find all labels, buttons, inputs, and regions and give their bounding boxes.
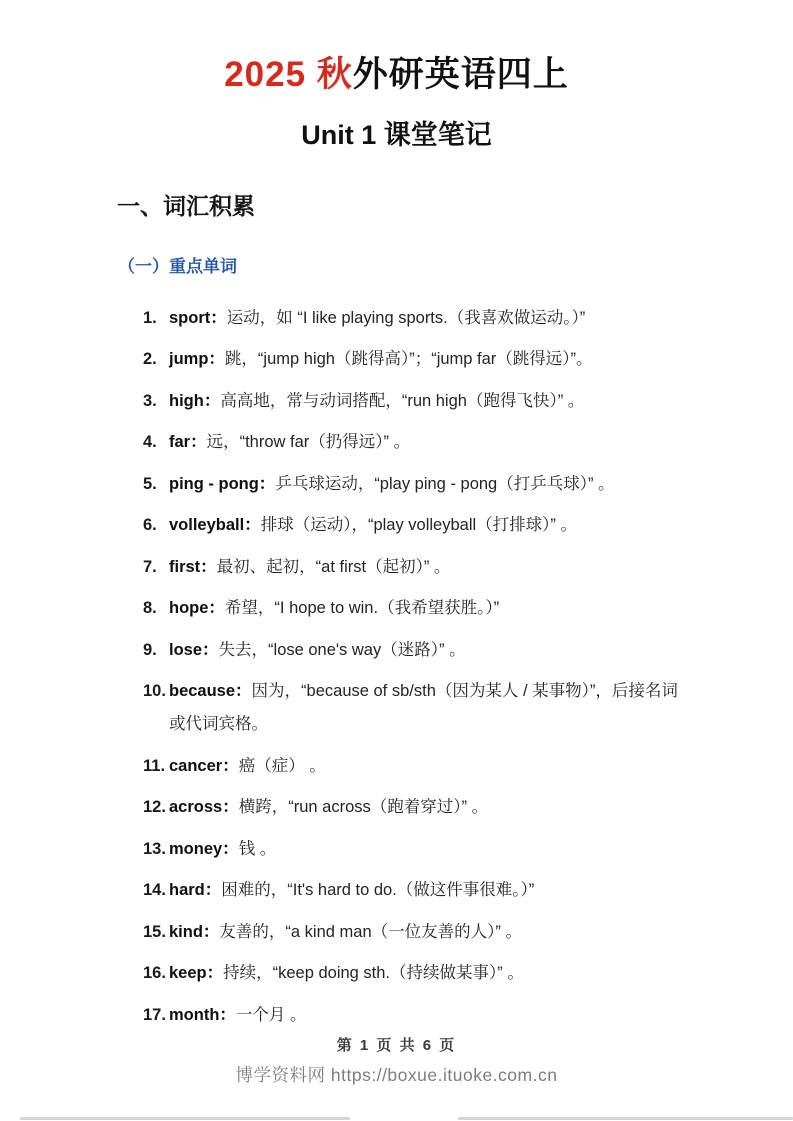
vocab-item-text: kind：友善的，“a kind man（一位友善的人）” 。 xyxy=(169,916,686,949)
next-page-edge-right xyxy=(458,1117,793,1120)
vocab-list-item: 7. first：最初、起初，“at first（起初）” 。 xyxy=(143,551,686,584)
vocab-item-number: 12. xyxy=(143,791,169,824)
subsection-heading-key-words: （一）重点单词 xyxy=(118,252,793,277)
vocab-item-text: cancer：癌（症） 。 xyxy=(169,750,686,783)
document-subtitle: Unit 1 课堂笔记 xyxy=(0,119,793,151)
vocab-list-item: 13. money：钱 。 xyxy=(143,833,686,866)
vocab-item-definition: 高高地，常与动词搭配，“run high（跑得飞快）” 。 xyxy=(220,392,584,410)
vocab-item-text: ping - pong：乒乓球运动，“play ping - pong（打乒乓球… xyxy=(169,468,686,501)
vocab-item-text: money：钱 。 xyxy=(169,833,686,866)
vocab-item-text: first：最初、起初，“at first（起初）” 。 xyxy=(169,551,686,584)
vocab-item-number: 14. xyxy=(143,874,169,907)
vocab-item-word: because： xyxy=(169,682,252,700)
footer-site-watermark: 博学资料网 https://boxue.ituoke.com.cn xyxy=(0,1062,793,1087)
footer-page-number: 第 1 页 共 6 页 xyxy=(0,1034,793,1055)
vocab-item-number: 15. xyxy=(143,916,169,949)
vocab-item-word: ping - pong： xyxy=(169,475,275,493)
vocab-list-item: 3. high：高高地，常与动词搭配，“run high（跑得飞快）” 。 xyxy=(143,385,686,418)
vocab-item-word: jump： xyxy=(169,350,225,368)
vocab-item-definition: 困难的，“It's hard to do.（做这件事很难。）” xyxy=(221,881,534,899)
vocab-list-item: 15. kind：友善的，“a kind man（一位友善的人）” 。 xyxy=(143,916,686,949)
vocab-item-definition: 最初、起初，“at first（起初）” 。 xyxy=(217,558,451,576)
next-page-edge-left xyxy=(20,1117,350,1120)
vocab-item-text: lose：失去，“lose one's way（迷路）” 。 xyxy=(169,634,686,667)
document-title-series: 外研英语四上 xyxy=(353,55,569,94)
vocab-item-text: because：因为，“because of sb/sth（因为某人 / 某事物… xyxy=(169,675,686,741)
vocab-item-text: month：一个月 。 xyxy=(169,999,686,1032)
vocab-item-definition: 一个月 。 xyxy=(236,1006,307,1024)
vocab-list-item: 2. jump：跳，“jump high（跳得高）”；“jump far（跳得远… xyxy=(143,343,686,376)
vocab-list-item: 17. month：一个月 。 xyxy=(143,999,686,1032)
vocab-item-number: 3. xyxy=(143,385,169,418)
vocab-item-word: across： xyxy=(169,798,239,816)
vocab-item-number: 1. xyxy=(143,302,169,335)
vocab-list-item: 8. hope：希望，“I hope to win.（我希望获胜。）” xyxy=(143,592,686,625)
vocab-item-definition: 友善的，“a kind man（一位友善的人）” 。 xyxy=(219,923,522,941)
vocab-item-text: keep：持续，“keep doing sth.（持续做某事）” 。 xyxy=(169,957,686,990)
vocab-item-definition: 远，“throw far（扔得远）” 。 xyxy=(207,433,411,451)
vocab-item-number: 6. xyxy=(143,509,169,542)
vocab-item-number: 11. xyxy=(143,750,169,783)
vocab-item-word: cancer： xyxy=(169,757,239,775)
vocab-list-item: 12. across：横跨，“run across（跑着穿过）” 。 xyxy=(143,791,686,824)
vocab-item-definition: 运动，如 “I like playing sports.（我喜欢做运动。）” xyxy=(227,309,585,327)
vocab-item-number: 13. xyxy=(143,833,169,866)
vocab-item-text: hope：希望，“I hope to win.（我希望获胜。）” xyxy=(169,592,686,625)
vocab-item-definition: 排球（运动），“play volleyball（打排球）” 。 xyxy=(261,516,577,534)
vocab-list-item: 5. ping - pong：乒乓球运动，“play ping - pong（打… xyxy=(143,468,686,501)
vocab-item-definition: 失去，“lose one's way（迷路）” 。 xyxy=(219,641,466,659)
vocab-item-word: kind： xyxy=(169,923,219,941)
vocab-list-item: 1. sport：运动，如 “I like playing sports.（我喜… xyxy=(143,302,686,335)
vocab-list-item: 10. because：因为，“because of sb/sth（因为某人 /… xyxy=(143,675,686,741)
vocab-item-word: lose： xyxy=(169,641,219,659)
vocab-item-number: 2. xyxy=(143,343,169,376)
vocab-item-definition: 乒乓球运动，“play ping - pong（打乒乓球）” 。 xyxy=(275,475,614,493)
vocab-item-text: across：横跨，“run across（跑着穿过）” 。 xyxy=(169,791,686,824)
vocab-list-item: 9. lose：失去，“lose one's way（迷路）” 。 xyxy=(143,634,686,667)
document-title-year: 2025 秋 xyxy=(224,55,353,94)
vocab-item-number: 5. xyxy=(143,468,169,501)
vocab-list-item: 11. cancer：癌（症） 。 xyxy=(143,750,686,783)
vocab-item-definition: 希望，“I hope to win.（我希望获胜。）” xyxy=(225,599,499,617)
vocab-item-definition: 钱 。 xyxy=(239,840,277,858)
vocab-item-word: month： xyxy=(169,1006,236,1024)
vocab-item-text: jump：跳，“jump high（跳得高）”；“jump far（跳得远）”。 xyxy=(169,343,686,376)
vocab-item-word: keep： xyxy=(169,964,223,982)
vocab-item-number: 17. xyxy=(143,999,169,1032)
vocab-item-number: 10. xyxy=(143,675,169,708)
vocab-item-definition: 持续，“keep doing sth.（持续做某事）” 。 xyxy=(223,964,524,982)
vocab-item-definition: 横跨，“run across（跑着穿过）” 。 xyxy=(239,798,488,816)
vocab-item-word: hope： xyxy=(169,599,225,617)
vocab-item-number: 8. xyxy=(143,592,169,625)
vocab-item-text: high：高高地，常与动词搭配，“run high（跑得飞快）” 。 xyxy=(169,385,686,418)
vocab-list-item: 6. volleyball：排球（运动），“play volleyball（打排… xyxy=(143,509,686,542)
vocab-list-item: 14. hard：困难的，“It's hard to do.（做这件事很难。）” xyxy=(143,874,686,907)
vocab-item-text: far：远，“throw far（扔得远）” 。 xyxy=(169,426,686,459)
section-heading-vocabulary: 一、词汇积累 xyxy=(117,188,793,221)
vocab-item-number: 16. xyxy=(143,957,169,990)
vocab-item-number: 4. xyxy=(143,426,169,459)
vocab-item-word: money： xyxy=(169,840,239,858)
vocab-item-word: far： xyxy=(169,433,207,451)
vocab-item-text: volleyball：排球（运动），“play volleyball（打排球）”… xyxy=(169,509,686,542)
vocab-item-word: hard： xyxy=(169,881,221,899)
vocab-item-definition: 癌（症） 。 xyxy=(239,757,326,775)
vocab-item-text: hard：困难的，“It's hard to do.（做这件事很难。）” xyxy=(169,874,686,907)
vocab-list-item: 4. far：远，“throw far（扔得远）” 。 xyxy=(143,426,686,459)
vocab-list: 1. sport：运动，如 “I like playing sports.（我喜… xyxy=(143,302,686,1032)
vocab-item-word: first： xyxy=(169,558,217,576)
vocab-item-number: 7. xyxy=(143,551,169,584)
vocab-item-word: volleyball： xyxy=(169,516,261,534)
vocab-item-word: sport： xyxy=(169,309,227,327)
vocab-item-word: high： xyxy=(169,392,220,410)
vocab-item-definition: 跳，“jump high（跳得高）”；“jump far（跳得远）”。 xyxy=(225,350,593,368)
vocab-item-text: sport：运动，如 “I like playing sports.（我喜欢做运… xyxy=(169,302,686,335)
vocab-list-item: 16. keep：持续，“keep doing sth.（持续做某事）” 。 xyxy=(143,957,686,990)
vocab-item-number: 9. xyxy=(143,634,169,667)
document-title: 2025 秋外研英语四上 xyxy=(0,54,793,96)
